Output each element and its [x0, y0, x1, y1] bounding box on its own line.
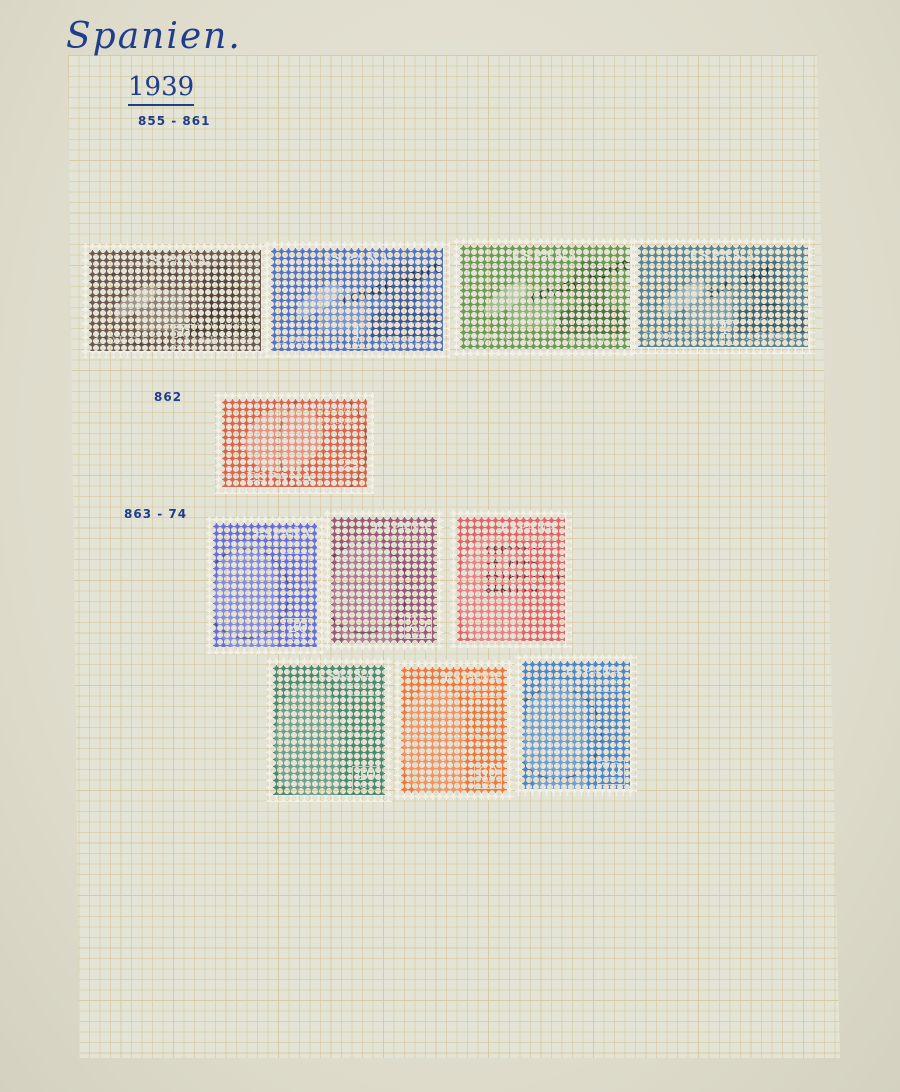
stamp-country: ESPAÑA — [271, 252, 443, 266]
stamp-country: ESPAÑA — [460, 249, 630, 263]
stamp-inscription: CORREOS — [270, 541, 307, 549]
catalog-note: 863 - 74 — [124, 507, 187, 521]
stamp-country: ESPAÑA — [500, 521, 565, 534]
stamp[interactable]: ESPAÑAJUAN DE LA CIERVACORREOAEREO1PTSCO… — [264, 241, 450, 358]
portrait-profile — [524, 679, 587, 789]
stamp-design: ESPAÑAJUAN DE LA CIERVACORREOAEREO4PTSSU… — [638, 245, 808, 347]
inscription-left: CORREO — [277, 334, 346, 347]
stamp[interactable]: ESPAÑAJUAN DE LA CIERVACORREOAEREO50CTS — [82, 243, 268, 358]
catalog-note: 855 - 861 — [138, 114, 210, 128]
stamp[interactable]: ESPAÑACORREOS40CTS — [266, 658, 392, 802]
stamp-country: ESPAÑA — [638, 249, 808, 263]
stamp-value: 25 — [337, 457, 362, 473]
stamp-design: ESPAÑACORREOSCERTIFIC -5 AGOS ESTAFETA S… — [457, 517, 565, 641]
inscription-left: CORREO — [95, 334, 164, 347]
stamp[interactable]: ESPAÑACORREOSCERTIFIC -5 AGOS ESTAFETA S… — [450, 510, 572, 648]
coat-of-arms-icon — [349, 695, 377, 737]
stamp-design: ESPAÑACORREOS25CTS — [331, 517, 437, 643]
stamp-unit: CTS — [288, 635, 308, 642]
portrait-profile — [333, 535, 394, 643]
stamp-design: ESPAÑACORREOS40CTS — [273, 665, 385, 795]
stamp[interactable]: ESPAÑACORREOS70CTS — [515, 654, 637, 796]
stamp[interactable]: ESPAÑACorrespondenciaUrgente25 — [215, 392, 374, 494]
stamp-inscription: CORREOS — [459, 685, 496, 693]
stamp-value: 40CTS — [352, 766, 380, 791]
stamp-design: ESPAÑAJUAN DE LA CIERVACORREOAEREOCORREO… — [460, 245, 630, 349]
inscription-right: AEREO — [746, 330, 802, 343]
stamp-design: ESPAÑAJUAN DE LA CIERVACORREOAEREO50CTS — [89, 250, 261, 351]
portrait-profile — [403, 685, 464, 793]
stamp-design: ESPAÑACORREOS60CTS — [401, 667, 507, 793]
stamp-unit: CTS — [601, 777, 621, 784]
stamp-unit: CTS — [356, 783, 376, 790]
stamp[interactable]: ESPAÑACORREOS20CTS — [206, 516, 324, 654]
stamp-inscription: CORREOS — [581, 679, 618, 687]
stamp-country: ESPAÑA — [565, 665, 630, 678]
stamp-inscription: CORREOS — [335, 683, 372, 691]
page-heading: Spanien. — [66, 16, 242, 57]
stamp-country: ESPAÑA — [443, 671, 507, 684]
stamp-value: 50CTS — [166, 324, 194, 349]
stamp[interactable]: ESPAÑAJUAN DE LA CIERVACORREOAEREOCORREO… — [453, 238, 637, 356]
stamp-unit: CTS — [170, 341, 190, 348]
portrait-head — [203, 264, 241, 310]
stamp-country: ESPAÑA — [373, 521, 437, 534]
stamp-subject: JUAN DE LA CIERVA — [189, 322, 255, 329]
stamp-subject: JUAN DE LA CIERVA — [558, 320, 624, 327]
stamp-unit: PTS — [719, 337, 731, 344]
stamp-value: 60CTS — [474, 764, 502, 789]
stamp-value: 4PTS — [715, 320, 735, 345]
album-page: Spanien. 1939 855 - 861 862 863 - 74 ESP… — [0, 0, 900, 1092]
stamp-unit: CTS — [408, 631, 428, 638]
stamp-value: 20CTS — [284, 618, 312, 643]
coat-of-arms-icon — [594, 691, 622, 733]
stamp-country: ESPAÑA — [255, 527, 317, 540]
stamp-value: 70CTS — [597, 760, 625, 785]
stamp-inscription: CORREOS — [389, 535, 426, 543]
inscription-right: AEREO — [199, 334, 255, 347]
coat-of-arms-icon — [281, 553, 309, 595]
stamp[interactable]: ESPAÑACORREOS60CTS — [394, 660, 514, 800]
stamp-design: ESPAÑACORREOS20CTS — [213, 523, 317, 647]
stamp-inscription: CORREOS — [516, 535, 553, 543]
portrait-profile — [275, 683, 340, 795]
catalog-note: 862 — [154, 390, 182, 404]
stamp-inscription: Urgente — [318, 417, 356, 427]
inscription-right: AEREO — [568, 332, 624, 345]
stamp-value: 1PTS — [348, 324, 368, 349]
stamp[interactable]: ESPAÑACORREOS25CTS — [324, 510, 444, 650]
stamp[interactable]: ESPAÑAJUAN DE LA CIERVACORREOAEREO4PTSSU… — [631, 238, 815, 354]
stamp-country: ESPAÑA — [237, 470, 324, 484]
portrait-profile — [215, 541, 275, 647]
stamp-unit: PTS — [352, 341, 364, 348]
postmark: CERTIFIC -5 AGOS ESTAFETA SUCUR BARCELO — [485, 544, 565, 596]
stamp-value: 25CTS — [404, 614, 432, 639]
coat-of-arms-icon — [471, 697, 499, 739]
inscription-left: CORREO — [644, 330, 713, 343]
stamp-subject: JUAN DE LA CIERVA — [371, 322, 437, 329]
inscription-left: CORREO — [466, 332, 535, 345]
stamp-design: ESPAÑACorrespondenciaUrgente25 — [222, 399, 367, 487]
inscription-right: AEREO — [381, 334, 437, 347]
coat-of-arms-icon — [401, 547, 429, 589]
stamp-inscription: CORREOAEREO — [466, 332, 624, 345]
stamp-country: ESPAÑA — [89, 254, 261, 268]
stamp-design: ESPAÑAJUAN DE LA CIERVACORREOAEREO1PTSCO… — [271, 248, 443, 351]
year-heading: 1939 — [128, 72, 194, 106]
stamp-subject: JUAN DE LA CIERVA — [736, 318, 802, 325]
stamp-unit: CTS — [478, 781, 498, 788]
stamp-inscription: Correspondencia — [306, 405, 367, 414]
stamp-design: ESPAÑACORREOS70CTS — [522, 661, 630, 789]
stamp-country: ESPAÑA — [318, 669, 385, 682]
